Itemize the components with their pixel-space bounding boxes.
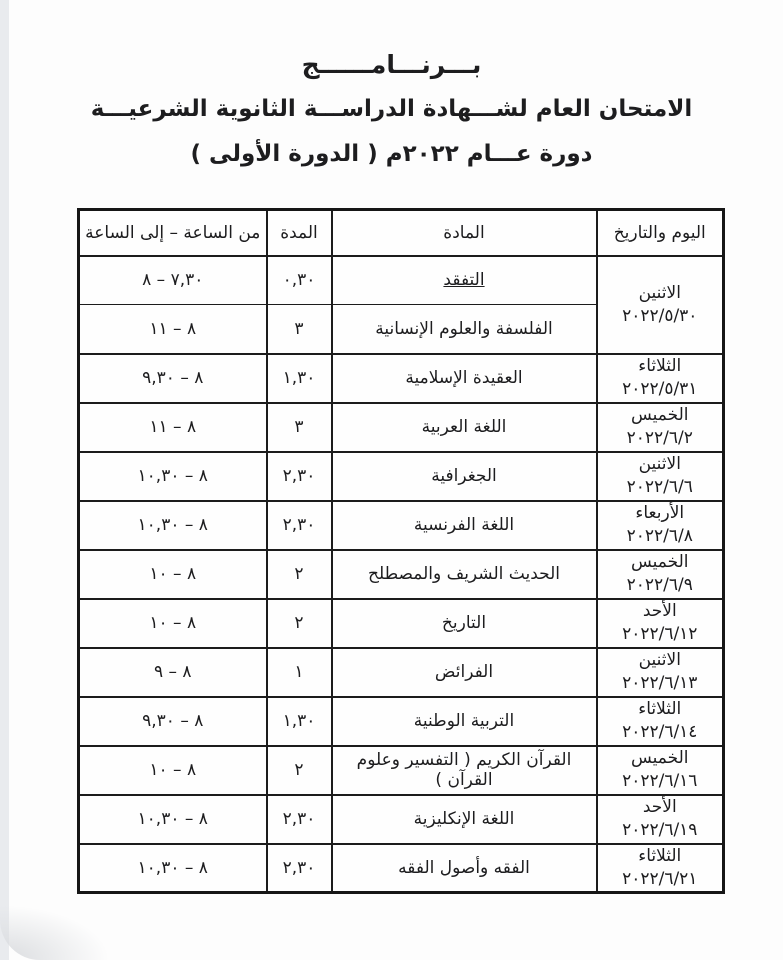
duration-cell: ١,٣٠ [267, 697, 332, 746]
day-name: الثلاثاء [602, 845, 719, 868]
duration-cell: ٣ [267, 403, 332, 452]
subject-cell: التفقد [332, 256, 597, 305]
day-date: ٢٠٢٢/٦/١٢ [602, 623, 719, 646]
day-name: الثلاثاء [602, 698, 719, 721]
table-row: الاثنين٢٠٢٢/٦/١٣الفرائض١٨ – ٩ [79, 648, 724, 697]
table-row: الثلاثاء٢٠٢٢/٦/٢١الفقه وأصول الفقه٢,٣٠٨ … [79, 844, 724, 893]
time-cell: ٨ – ٩,٣٠ [79, 354, 267, 403]
time-cell: ٨ – ١٠ [79, 599, 267, 648]
subject-cell: اللغة الإنكليزية [332, 795, 597, 844]
header-day-date: اليوم والتاريخ [597, 210, 724, 256]
scan-edge-artifact [0, 0, 9, 960]
duration-cell: ٢ [267, 599, 332, 648]
table-row: الثلاثاء٢٠٢٢/٥/٣١العقيدة الإسلامية١,٣٠٨ … [79, 354, 724, 403]
duration-cell: ٢,٣٠ [267, 452, 332, 501]
day-date: ٢٠٢٢/٦/٨ [602, 525, 719, 548]
subject-cell: العقيدة الإسلامية [332, 354, 597, 403]
subject-cell: القرآن الكريم ( التفسير وعلوم القرآن ) [332, 746, 597, 795]
day-name: الثلاثاء [602, 355, 719, 378]
time-cell: ٨ – ١٠,٣٠ [79, 844, 267, 893]
subject-cell: اللغة الفرنسية [332, 501, 597, 550]
time-cell: ٨ – ٩,٣٠ [79, 697, 267, 746]
day-date: ٢٠٢٢/٦/٩ [602, 574, 719, 597]
day-date: ٢٠٢٢/٦/١٣ [602, 672, 719, 695]
document-title-line1: بـــرنـــامــــــج [0, 42, 783, 87]
document-title-line2: الامتحان العام لشـــهادة الدراســـة الثا… [0, 87, 783, 132]
time-cell: ٨ – ١٠,٣٠ [79, 501, 267, 550]
day-date: ٢٠٢٢/٥/٣٠ [602, 305, 719, 328]
subject-cell: التاريخ [332, 599, 597, 648]
document-title-line3: دورة عـــام ٢٠٢٢م ( الدورة الأولى ) [0, 132, 783, 177]
subject-cell: الجغرافية [332, 452, 597, 501]
time-cell: ٨ – ١١ [79, 403, 267, 452]
duration-cell: ٣ [267, 305, 332, 354]
table-row: الثلاثاء٢٠٢٢/٦/١٤التربية الوطنية١,٣٠٨ – … [79, 697, 724, 746]
day-date-cell: الثلاثاء٢٠٢٢/٥/٣١ [597, 354, 724, 403]
day-name: الاثنين [602, 453, 719, 476]
day-name: الأحد [602, 796, 719, 819]
day-date-cell: الخميس٢٠٢٢/٦/٢ [597, 403, 724, 452]
exam-schedule-table: اليوم والتاريخ المادة المدة من الساعة – … [77, 208, 725, 894]
table-row: الاثنين٢٠٢٢/٦/٦الجغرافية٢,٣٠٨ – ١٠,٣٠ [79, 452, 724, 501]
subject-cell: الفقه وأصول الفقه [332, 844, 597, 893]
table-row: الخميس٢٠٢٢/٦/٩الحديث الشريف والمصطلح٢٨ –… [79, 550, 724, 599]
time-cell: ٨ – ١١ [79, 305, 267, 354]
time-cell: ٧,٣٠ – ٨ [79, 256, 267, 305]
day-date-cell: الأحد٢٠٢٢/٦/١٩ [597, 795, 724, 844]
time-cell: ٨ – ٩ [79, 648, 267, 697]
day-name: الخميس [602, 404, 719, 427]
subject-cell: الحديث الشريف والمصطلح [332, 550, 597, 599]
day-date-cell: الاثنين٢٠٢٢/٥/٣٠ [597, 256, 724, 354]
day-date-cell: الخميس٢٠٢٢/٦/٩ [597, 550, 724, 599]
day-name: الخميس [602, 551, 719, 574]
duration-cell: ١ [267, 648, 332, 697]
time-cell: ٨ – ١٠ [79, 550, 267, 599]
table-row: الأحد٢٠٢٢/٦/١٢التاريخ٢٨ – ١٠ [79, 599, 724, 648]
duration-cell: ٠,٣٠ [267, 256, 332, 305]
duration-cell: ٢,٣٠ [267, 844, 332, 893]
day-date: ٢٠٢٢/٥/٣١ [602, 378, 719, 401]
day-date: ٢٠٢٢/٦/١٦ [602, 770, 719, 793]
table-row: الأحد٢٠٢٢/٦/١٩اللغة الإنكليزية٢,٣٠٨ – ١٠… [79, 795, 724, 844]
day-date: ٢٠٢٢/٦/٢ [602, 427, 719, 450]
day-date: ٢٠٢٢/٦/١٩ [602, 819, 719, 842]
time-cell: ٨ – ١٠,٣٠ [79, 795, 267, 844]
duration-cell: ٢ [267, 746, 332, 795]
day-date-cell: الثلاثاء٢٠٢٢/٦/٢١ [597, 844, 724, 893]
time-cell: ٨ – ١٠ [79, 746, 267, 795]
header-time: من الساعة – إلى الساعة [79, 210, 267, 256]
day-date-cell: الخميس٢٠٢٢/٦/١٦ [597, 746, 724, 795]
day-date-cell: الاثنين٢٠٢٢/٦/١٣ [597, 648, 724, 697]
duration-cell: ٢,٣٠ [267, 501, 332, 550]
subject-cell: الفلسفة والعلوم الإنسانية [332, 305, 597, 354]
day-date: ٢٠٢٢/٦/٢١ [602, 868, 719, 891]
day-date-cell: الاثنين٢٠٢٢/٦/٦ [597, 452, 724, 501]
day-date: ٢٠٢٢/٦/٦ [602, 476, 719, 499]
day-name: الأحد [602, 600, 719, 623]
subject-cell: الفرائض [332, 648, 597, 697]
day-date-cell: الثلاثاء٢٠٢٢/٦/١٤ [597, 697, 724, 746]
day-name: الاثنين [602, 282, 719, 305]
time-cell: ٨ – ١٠,٣٠ [79, 452, 267, 501]
day-name: الأربعاء [602, 502, 719, 525]
day-date-cell: الأحد٢٠٢٢/٦/١٢ [597, 599, 724, 648]
header-subject: المادة [332, 210, 597, 256]
schedule-header-row: اليوم والتاريخ المادة المدة من الساعة – … [79, 210, 724, 256]
document-page: بـــرنـــامــــــج الامتحان العام لشـــه… [0, 0, 783, 894]
table-row: الأربعاء٢٠٢٢/٦/٨اللغة الفرنسية٢,٣٠٨ – ١٠… [79, 501, 724, 550]
page-corner-shadow [0, 905, 110, 960]
duration-cell: ١,٣٠ [267, 354, 332, 403]
subject-cell: اللغة العربية [332, 403, 597, 452]
duration-cell: ٢ [267, 550, 332, 599]
subject-cell: التربية الوطنية [332, 697, 597, 746]
header-duration: المدة [267, 210, 332, 256]
table-row: الخميس٢٠٢٢/٦/١٦القرآن الكريم ( التفسير و… [79, 746, 724, 795]
table-row: الاثنين٢٠٢٢/٥/٣٠التفقد٠,٣٠٧,٣٠ – ٨ [79, 256, 724, 305]
schedule-table-wrapper: اليوم والتاريخ المادة المدة من الساعة – … [77, 208, 722, 894]
day-name: الاثنين [602, 649, 719, 672]
document-header: بـــرنـــامــــــج الامتحان العام لشـــه… [0, 0, 783, 177]
duration-cell: ٢,٣٠ [267, 795, 332, 844]
day-name: الخميس [602, 747, 719, 770]
day-date-cell: الأربعاء٢٠٢٢/٦/٨ [597, 501, 724, 550]
table-row: الخميس٢٠٢٢/٦/٢اللغة العربية٣٨ – ١١ [79, 403, 724, 452]
day-date: ٢٠٢٢/٦/١٤ [602, 721, 719, 744]
schedule-body: الاثنين٢٠٢٢/٥/٣٠التفقد٠,٣٠٧,٣٠ – ٨الفلسف… [79, 256, 724, 893]
